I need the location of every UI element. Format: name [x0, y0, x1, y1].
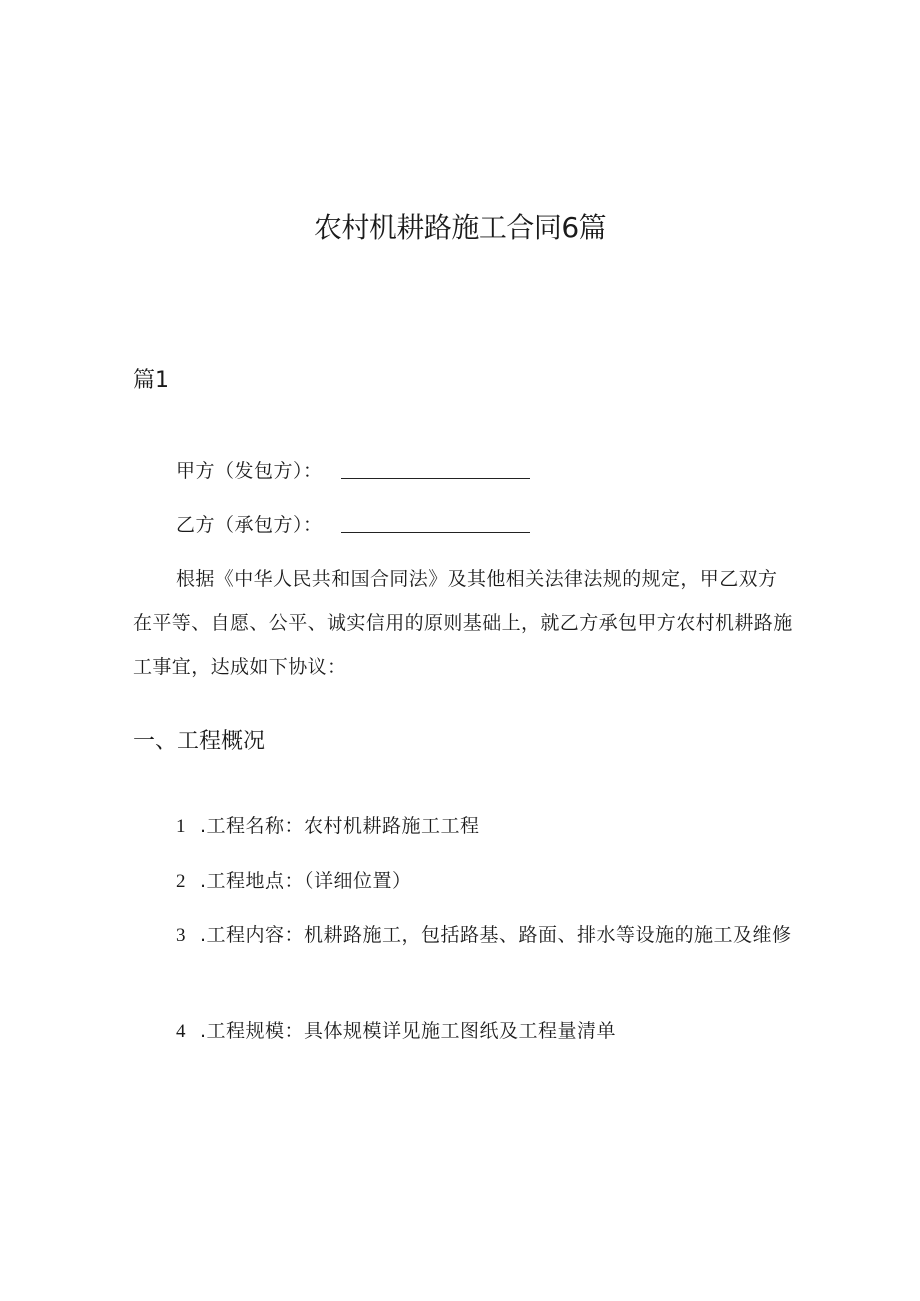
preamble-paragraph: 根据《中华人民共和国合同法》及其他相关法律法规的规定，甲乙双方在平等、自愿、公平… — [133, 557, 793, 689]
item-text: .工程地点：（详细位置） — [200, 870, 412, 892]
list-item: 4.工程规模：具体规模详见施工图纸及工程量清单 — [176, 1017, 616, 1046]
list-item: 2.工程地点：（详细位置） — [176, 867, 412, 896]
party-a-blank-line — [341, 478, 530, 479]
item-number: 3 — [176, 914, 200, 958]
party-a-row: 甲方（发包方）： — [176, 457, 323, 485]
item-text: .工程名称：农村机耕路施工工程 — [200, 815, 480, 837]
item-text: .工程内容：机耕路施工，包括路基、路面、排水等设施的施工及维修 — [200, 924, 792, 946]
party-a-label: 甲方（发包方）： — [176, 460, 323, 482]
list-item: 1.工程名称：农村机耕路施工工程 — [176, 812, 480, 841]
item-number: 1 — [176, 813, 200, 841]
list-item: 3.工程内容：机耕路施工，包括路基、路面、排水等设施的施工及维修 — [133, 913, 793, 958]
item-number: 2 — [176, 868, 200, 896]
party-b-label: 乙方（承包方）： — [176, 514, 323, 536]
chapter-label: 篇1 — [133, 365, 169, 397]
item-text: .工程规模：具体规模详见施工图纸及工程量清单 — [200, 1020, 616, 1042]
section-heading: 一、工程概况 — [133, 726, 265, 758]
item-number: 4 — [176, 1018, 200, 1046]
party-b-blank-line — [341, 532, 530, 533]
party-b-row: 乙方（承包方）： — [176, 511, 323, 539]
document-title: 农村机耕路施工合同6篇 — [0, 208, 920, 248]
